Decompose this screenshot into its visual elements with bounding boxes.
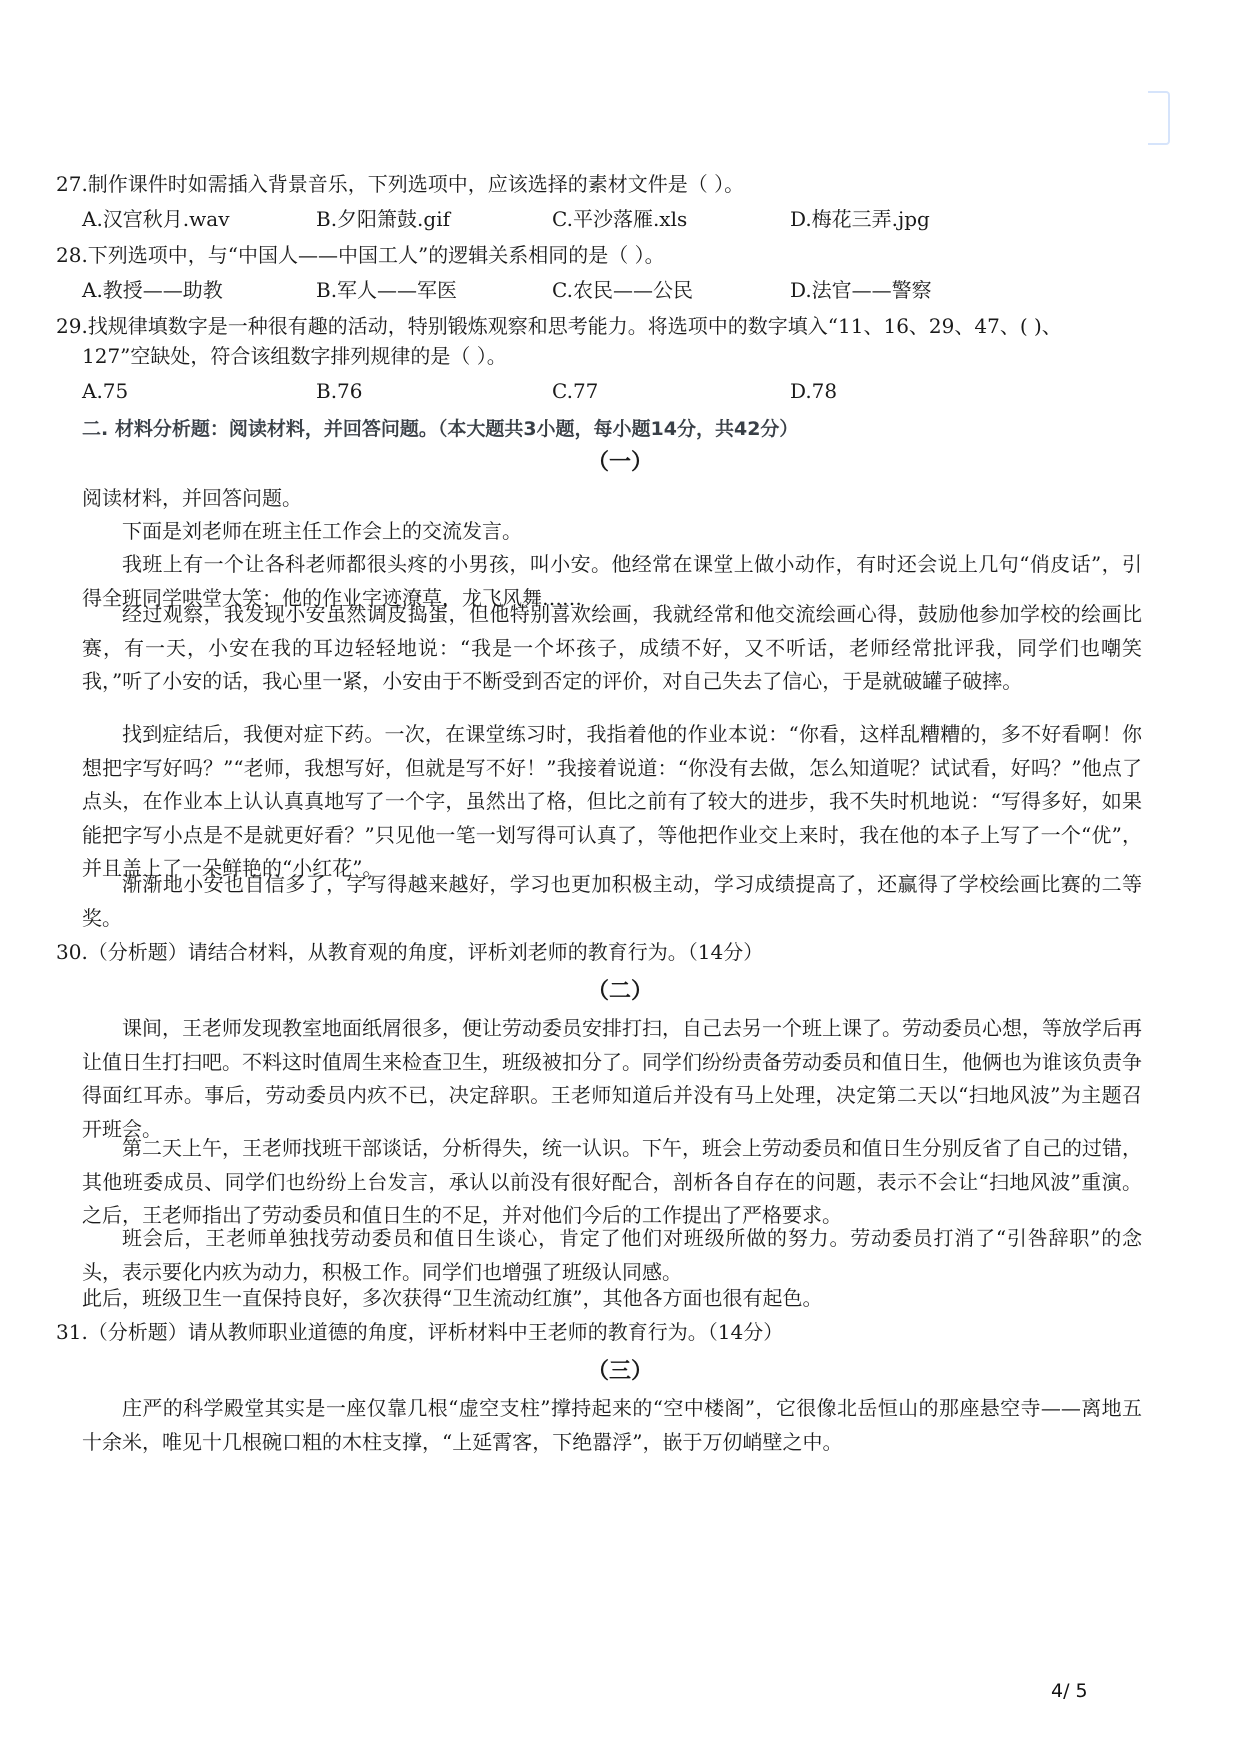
question-29-option-d: D.78 xyxy=(790,377,837,405)
material-2-paragraph-1: 课间，王老师发现教室地面纸屑很多，便让劳动委员安排打扫，自己去另一个班上课了。劳… xyxy=(82,1012,1142,1146)
question-27-option-d: D.梅花三弄.jpg xyxy=(790,205,930,233)
question-28-option-c: C.农民——公民 xyxy=(552,276,693,304)
question-28-option-b: B.军人——军医 xyxy=(316,276,457,304)
question-27-option-c: C.平沙落雁.xls xyxy=(552,205,687,233)
question-29-option-a: A.75 xyxy=(82,377,128,405)
question-28-option-a: A.教授——助教 xyxy=(82,276,223,304)
material-1-title: （一） xyxy=(0,445,1240,476)
material-1-intro: 阅读材料，并回答问题。 xyxy=(82,484,302,512)
question-29-stem-line2: 127”空缺处，符合该组数字排列规律的是（ ）。 xyxy=(82,342,507,370)
question-29-stem-line1: 29.找规律填数字是一种很有趣的活动，特别锻炼观察和思考能力。将选项中的数字填入… xyxy=(56,312,1062,340)
question-27-stem: 27.制作课件时如需插入背景音乐，下列选项中，应该选择的素材文件是（ ）。 xyxy=(56,170,744,198)
material-2-paragraph-2: 第二天上午，王老师找班干部谈话，分析得失，统一认识。下午，班会上劳动委员和值日生… xyxy=(82,1132,1142,1233)
question-28-stem: 28.下列选项中，与“中国人——中国工人”的逻辑关系相同的是（ ）。 xyxy=(56,241,665,269)
exam-page: 27.制作课件时如需插入背景音乐，下列选项中，应该选择的素材文件是（ ）。 A.… xyxy=(0,0,1240,1754)
section-2-header: 二. 材料分析题：阅读材料，并回答问题。（本大题共3小题，每小题14分，共42分… xyxy=(82,414,798,441)
corner-bracket-decoration xyxy=(1148,91,1170,145)
material-2-paragraph-4: 此后，班级卫生一直保持良好，多次获得“卫生流动红旗”，其他各方面也很有起色。 xyxy=(82,1282,1142,1316)
material-3-paragraph-1: 庄严的科学殿堂其实是一座仅靠几根“虚空支柱”撑持起来的“空中楼阁”，它很像北岳恒… xyxy=(82,1392,1142,1459)
question-30: 30.（分析题）请结合材料，从教育观的角度，评析刘老师的教育行为。（14分） xyxy=(56,938,763,966)
page-number: 4/ 5 xyxy=(1051,1680,1088,1702)
material-2-paragraph-3: 班会后，王老师单独找劳动委员和值日生谈心，肯定了他们对班级所做的努力。劳动委员打… xyxy=(82,1222,1142,1289)
material-3-title: （三） xyxy=(0,1354,1240,1385)
material-1-paragraph-5: 渐渐地小安也自信多了，字写得越来越好，学习也更加积极主动，学习成绩提高了，还赢得… xyxy=(82,868,1142,935)
material-1-paragraph-1: 下面是刘老师在班主任工作会上的交流发言。 xyxy=(82,515,1142,549)
question-31: 31.（分析题）请从教师职业道德的角度，评析材料中王老师的教育行为。（14分） xyxy=(56,1318,783,1346)
material-2-title: （二） xyxy=(0,974,1240,1005)
question-29-option-b: B.76 xyxy=(316,377,363,405)
material-1-paragraph-3: 经过观察，我发现小安虽然调皮捣蛋，但他特别喜欢绘画，我就经常和他交流绘画心得，鼓… xyxy=(82,598,1142,699)
question-27-option-b: B.夕阳箫鼓.gif xyxy=(316,205,450,233)
question-27-option-a: A.汉宫秋月.wav xyxy=(82,205,230,233)
question-29-option-c: C.77 xyxy=(552,377,598,405)
material-1-paragraph-4: 找到症结后，我便对症下药。一次，在课堂练习时，我指着他的作业本说：“你看，这样乱… xyxy=(82,718,1142,886)
question-28-option-d: D.法官——警察 xyxy=(790,276,932,304)
